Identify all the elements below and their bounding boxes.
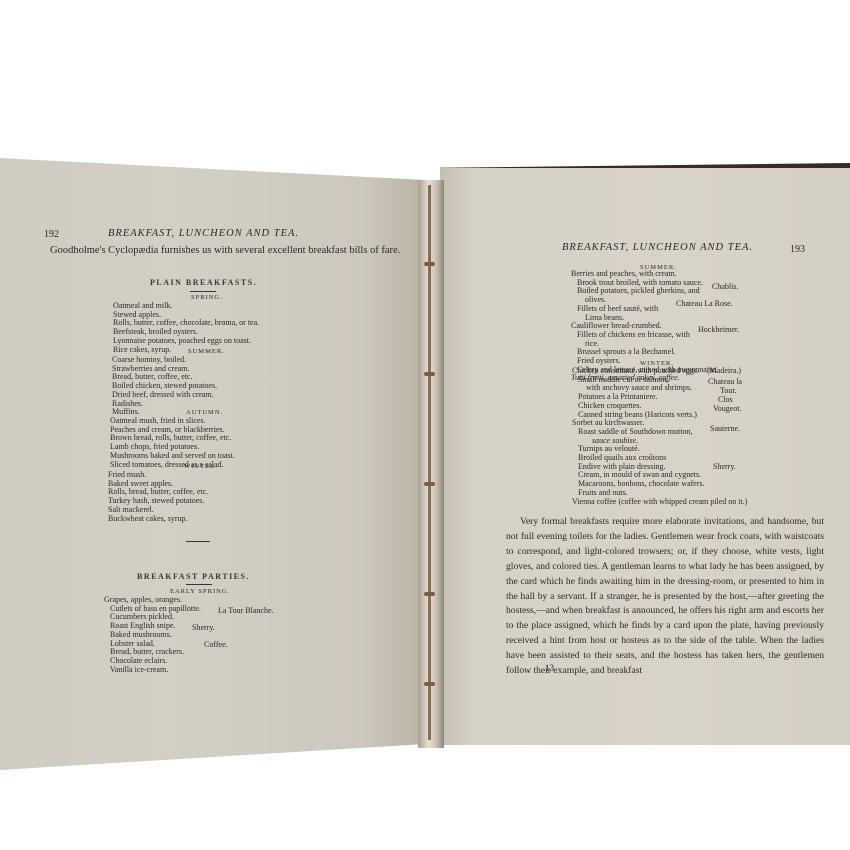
wine-hockheimer: Hockheimer. — [698, 326, 739, 335]
wine-chateau-la-rose: Chateau La Rose. — [676, 300, 733, 309]
running-head-left: BREAKFAST, LUNCHEON AND TEA. — [108, 228, 299, 239]
thread-knot — [424, 482, 435, 486]
intro-text: Goodholme's Cyclopædia furnishes us with… — [32, 243, 412, 258]
wine-sauterne: Sauterne. — [710, 425, 740, 434]
season-early-spring: Early Spring. — [170, 588, 230, 595]
season-autumn: Autumn. — [186, 409, 223, 416]
thread-knot — [424, 682, 435, 686]
page-number-left: 192 — [44, 229, 59, 240]
signature-mark: 13 — [545, 663, 554, 673]
open-book: 192 BREAKFAST, LUNCHEON AND TEA. Goodhol… — [0, 0, 850, 850]
season-spring: Spring. — [191, 294, 223, 301]
thread-knot — [424, 372, 435, 376]
wine-sherry-right: Sherry. — [713, 463, 736, 472]
section-title-breakfast-parties: Breakfast Parties. — [137, 572, 250, 581]
running-head-right: BREAKFAST, LUNCHEON AND TEA. — [562, 242, 753, 253]
thread-knot — [424, 262, 435, 266]
section-divider — [186, 541, 210, 542]
binding-thread — [428, 185, 431, 740]
menu-spring: Oatmeal and milk. Stewed apples. Rolls, … — [113, 302, 259, 354]
page-number-right: 193 — [790, 244, 805, 255]
body-paragraph: Very formal breakfasts require more elab… — [506, 515, 824, 679]
thread-knot — [424, 592, 435, 596]
wine-sherry: Sherry. — [192, 624, 215, 633]
section-title-plain-breakfasts: Plain Breakfasts. — [150, 278, 257, 287]
divider — [190, 291, 216, 292]
season-summer: Summer. — [188, 348, 225, 355]
wine-madeira: (Madeira.) — [707, 367, 741, 376]
wine-la-tour-blanche: La Tour Blanche. — [218, 607, 274, 616]
menu-summer: Coarse hominy, boiled. Strawberries and … — [112, 356, 217, 417]
menu-early-spring: Grapes, apples, oranges. Cutlets of bass… — [104, 596, 201, 674]
menu-autumn: Oatmeal mush, fried in slices. Peaches a… — [110, 417, 235, 469]
menu-winter: Fried mush. Baked sweet apples. Rolls, b… — [108, 471, 208, 523]
divider — [186, 584, 212, 585]
wine-coffee: Coffee. — [204, 641, 228, 650]
wine-chablis: Chablis. — [712, 283, 738, 292]
season-winter: Winter. — [184, 463, 218, 470]
